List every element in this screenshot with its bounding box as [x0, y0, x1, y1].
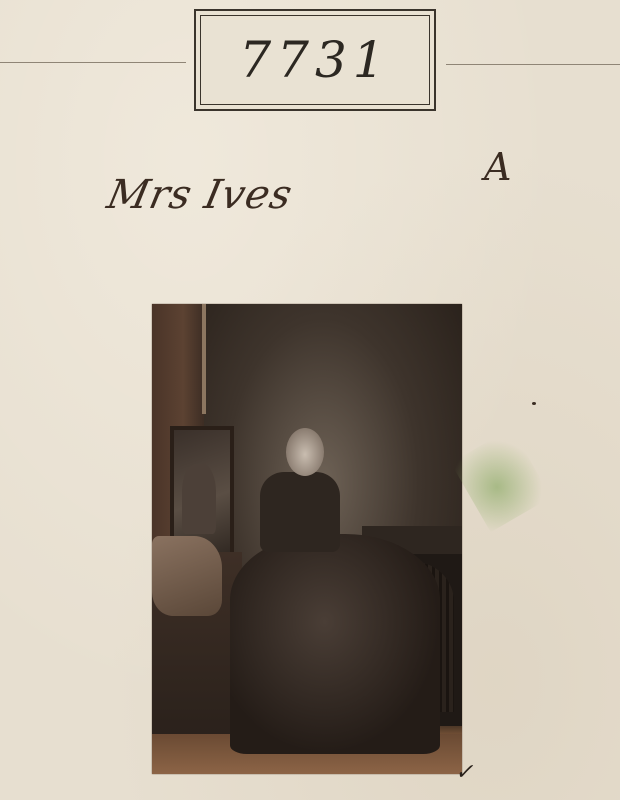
- sitter-name: Mrs Ives: [103, 172, 297, 218]
- tick-mark: ✓: [455, 760, 473, 785]
- plate-letter: A: [484, 145, 511, 189]
- ruled-line-left: [0, 62, 186, 63]
- green-stain: [451, 428, 552, 532]
- catalogue-number: 7731: [239, 31, 390, 89]
- curtain-pole: [202, 304, 206, 414]
- portrait-photograph: [152, 304, 462, 774]
- sitter-head: [286, 428, 324, 476]
- table-drape: [152, 536, 222, 616]
- ink-speck: [532, 402, 536, 405]
- album-page: 7731 Mrs Ives A ✓: [0, 0, 620, 800]
- catalogue-label-inner-border: 7731: [200, 15, 430, 105]
- ruled-line-right: [446, 64, 620, 65]
- bodice: [260, 472, 340, 552]
- mirror-reflection: [182, 464, 216, 534]
- catalogue-label: 7731: [194, 9, 436, 111]
- crinoline-dress: [230, 534, 440, 754]
